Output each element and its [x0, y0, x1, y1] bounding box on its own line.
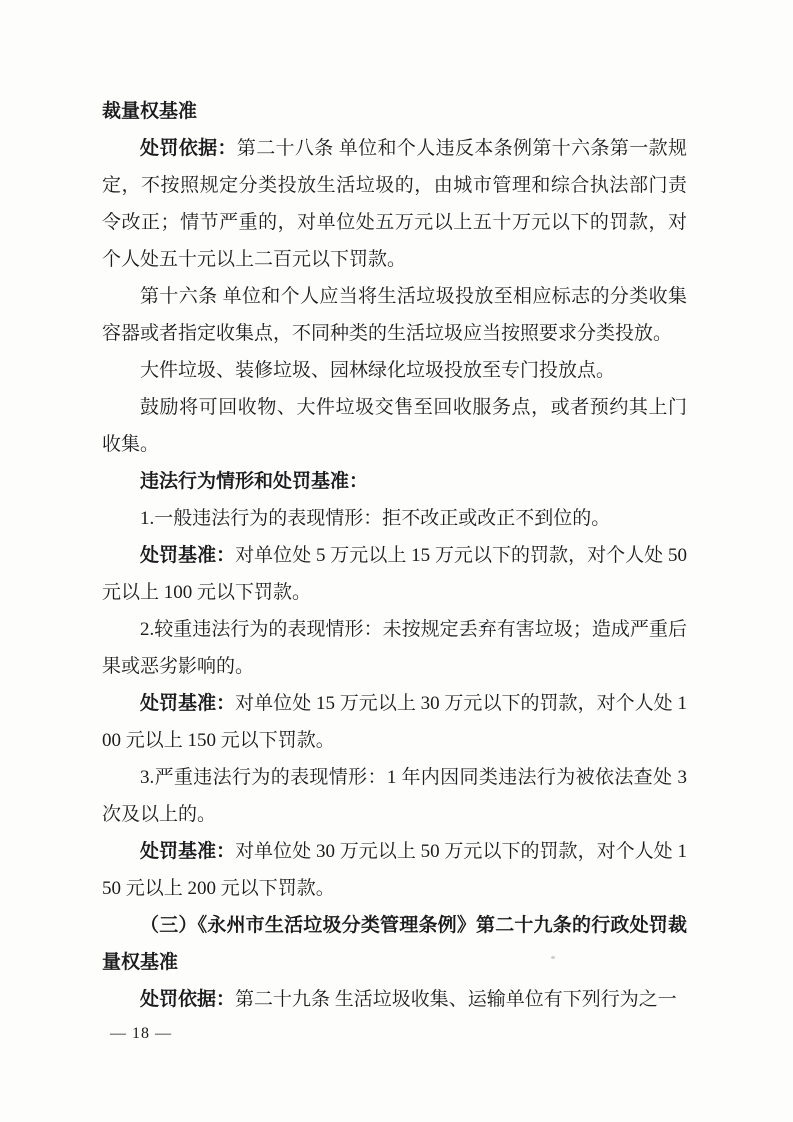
serious-violation-situation: 3.严重违法行为的表现情形：1 年内因同类违法行为被依法查处 3 次及以上的。 [102, 759, 687, 833]
violation-penalty-standard-heading: 违法行为情形和处罚基准： [102, 463, 687, 500]
article-16-paragraph-1-text: 第十六条 单位和个人应当将生活垃圾投放至相应标志的分类收集容器或者指定收集点，不… [102, 286, 687, 344]
penalty-basis-article-29-lead: 处罚依据： [140, 989, 235, 1010]
moderate-penalty-standard: 处罚基准：对单位处 15 万元以上 30 万元以下的罚款，对个人处 100 元以… [102, 685, 687, 759]
penalty-basis-article-29-text: 第二十九条 生活垃圾收集、运输单位有下列行为之一 [235, 989, 677, 1010]
scan-noise-speck [551, 956, 555, 959]
serious-penalty-standard-lead: 处罚基准： [140, 841, 235, 862]
general-penalty-standard: 处罚基准：对单位处 5 万元以上 15 万元以下的罚款，对个人处 50 元以上 … [102, 537, 687, 611]
article-16-paragraph-3-text: 鼓励将可回收物、大件垃圾交售至回收服务点，或者预约其上门收集。 [102, 397, 687, 455]
section-3-heading-text: （三）《永州市生活垃圾分类管理条例》第二十九条的行政处罚裁量权基准 [102, 915, 687, 973]
serious-penalty-standard: 处罚基准：对单位处 30 万元以上 50 万元以下的罚款，对个人处 150 元以… [102, 833, 687, 907]
general-violation-situation: 1.一般违法行为的表现情形：拒不改正或改正不到位的。 [102, 500, 687, 537]
scanned-document-page: 裁量权基准处罚依据：第二十八条 单位和个人违反本条例第十六条第一款规定，不按照规… [0, 0, 793, 1122]
document-body: 裁量权基准处罚依据：第二十八条 单位和个人违反本条例第十六条第一款规定，不按照规… [102, 93, 687, 1018]
article-16-paragraph-3: 鼓励将可回收物、大件垃圾交售至回收服务点，或者预约其上门收集。 [102, 389, 687, 463]
section-3-heading: （三）《永州市生活垃圾分类管理条例》第二十九条的行政处罚裁量权基准 [102, 907, 687, 981]
section-heading-tail: 裁量权基准 [102, 93, 687, 130]
general-penalty-standard-lead: 处罚基准： [140, 545, 235, 566]
penalty-basis-article-29: 处罚依据：第二十九条 生活垃圾收集、运输单位有下列行为之一 [102, 981, 687, 1018]
violation-penalty-standard-heading-text: 违法行为情形和处罚基准： [140, 471, 368, 492]
article-16-paragraph-1: 第十六条 单位和个人应当将生活垃圾投放至相应标志的分类收集容器或者指定收集点，不… [102, 278, 687, 352]
moderate-violation-situation: 2.较重违法行为的表现情形：未按规定丢弃有害垃圾；造成严重后果或恶劣影响的。 [102, 611, 687, 685]
article-16-paragraph-2: 大件垃圾、装修垃圾、园林绿化垃圾投放至专门投放点。 [102, 352, 687, 389]
moderate-penalty-standard-lead: 处罚基准： [140, 693, 235, 714]
article-16-paragraph-2-text: 大件垃圾、装修垃圾、园林绿化垃圾投放至专门投放点。 [140, 360, 615, 381]
moderate-violation-situation-text: 2.较重违法行为的表现情形：未按规定丢弃有害垃圾；造成严重后果或恶劣影响的。 [102, 619, 687, 677]
page-number: — 18 — [110, 1022, 172, 1046]
penalty-basis-article-28: 处罚依据：第二十八条 单位和个人违反本条例第十六条第一款规定，不按照规定分类投放… [102, 130, 687, 278]
general-violation-situation-text: 1.一般违法行为的表现情形：拒不改正或改正不到位的。 [140, 508, 610, 529]
serious-violation-situation-text: 3.严重违法行为的表现情形：1 年内因同类违法行为被依法查处 3 次及以上的。 [102, 767, 687, 825]
section-heading-tail-text: 裁量权基准 [102, 101, 197, 122]
penalty-basis-article-28-lead: 处罚依据： [140, 138, 237, 159]
